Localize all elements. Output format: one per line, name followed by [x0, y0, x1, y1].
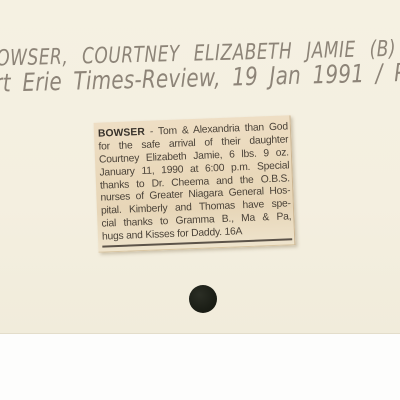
scanned-document: OWSER, COURTNEY ELIZABETH JAMIE (B) rt E… — [0, 0, 400, 400]
hole-punch-dot — [189, 285, 217, 313]
clipping-headline-surname: BOWSER — [98, 127, 145, 140]
clipping-text-block: BOWSER - Tom & Alexandria than God for t… — [94, 115, 296, 247]
newspaper-clipping: BOWSER - Tom & Alexandria than God for t… — [94, 115, 296, 252]
